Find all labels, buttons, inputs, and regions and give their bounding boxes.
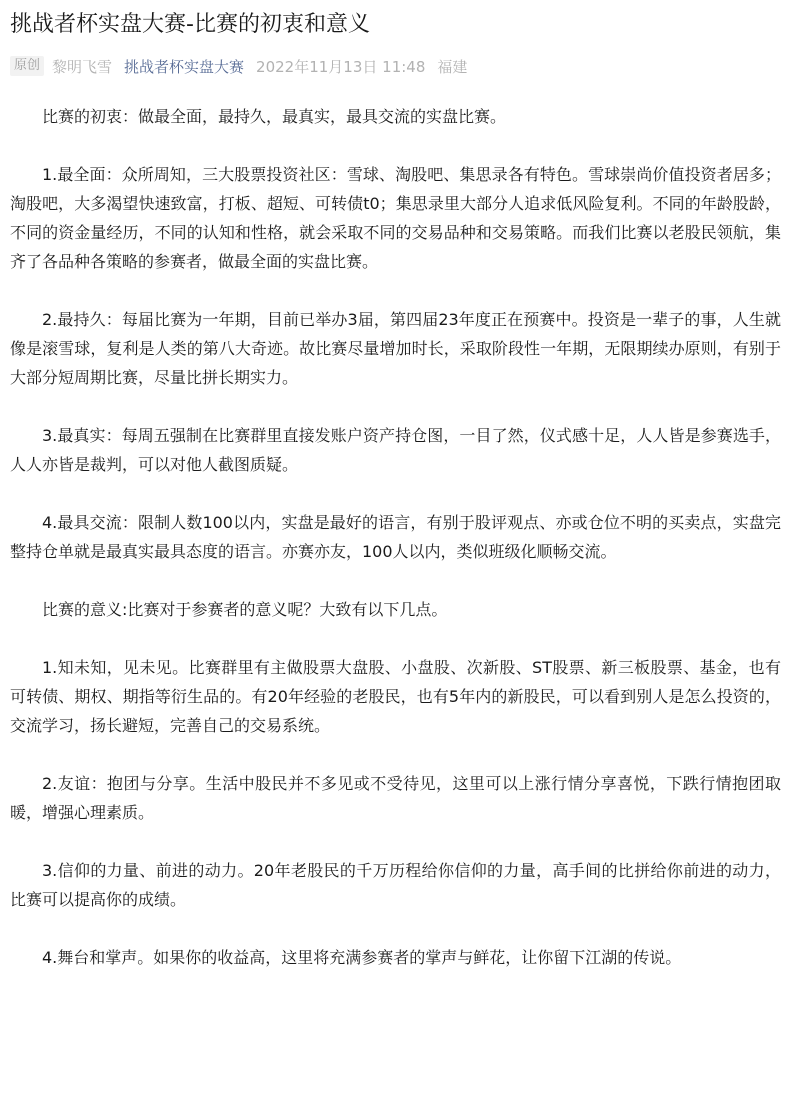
paragraph-meaning-2: 2.友谊：抱团与分享。生活中股民并不多见或不受待见，这里可以上涨行情分享喜悦，下…: [10, 769, 781, 827]
publish-location: 福建: [437, 56, 467, 77]
paragraph-meaning-intro: 比赛的意义:比赛对于参赛者的意义呢？大致有以下几点。: [10, 595, 781, 624]
publish-date: 2022年11月13日 11:48: [256, 56, 425, 77]
paragraph-purpose-3: 3.最真实：每周五强制在比赛群里直接发账户资产持仓图，一目了然，仪式感十足，人人…: [10, 421, 781, 479]
paragraph-purpose-4: 4.最具交流：限制人数100以内，实盘是最好的语言，有别于股评观点、亦或仓位不明…: [10, 508, 781, 566]
article-content: 比赛的初衷：做最全面，最持久，最真实，最具交流的实盘比赛。 1.最全面：众所周知…: [10, 102, 781, 972]
paragraph-purpose-2: 2.最持久：每届比赛为一年期，目前已举办3届，第四届23年度正在预赛中。投资是一…: [10, 305, 781, 392]
paragraph-purpose-1: 1.最全面：众所周知，三大股票投资社区：雪球、淘股吧、集思录各有特色。雪球崇尚价…: [10, 160, 781, 276]
article: 挑战者杯实盘大赛-比赛的初衷和意义 原创 黎明飞雪 挑战者杯实盘大赛 2022年…: [0, 10, 781, 972]
article-title: 挑战者杯实盘大赛-比赛的初衷和意义: [10, 10, 781, 40]
paragraph-meaning-1: 1.知未知，见未见。比赛群里有主做股票大盘股、小盘股、次新股、ST股票、新三板股…: [10, 653, 781, 740]
paragraph-purpose-intro: 比赛的初衷：做最全面，最持久，最真实，最具交流的实盘比赛。: [10, 102, 781, 131]
paragraph-meaning-4: 4.舞台和掌声。如果你的收益高，这里将充满参赛者的掌声与鲜花，让你留下江湖的传说…: [10, 943, 781, 972]
paragraph-meaning-3: 3.信仰的力量、前进的动力。20年老股民的千万历程给你信仰的力量，高手间的比拼给…: [10, 856, 781, 914]
author-name: 黎明飞雪: [52, 56, 112, 77]
article-meta: 原创 黎明飞雪 挑战者杯实盘大赛 2022年11月13日 11:48 福建: [10, 54, 781, 78]
account-link[interactable]: 挑战者杯实盘大赛: [124, 56, 244, 77]
original-badge: 原创: [10, 56, 44, 76]
